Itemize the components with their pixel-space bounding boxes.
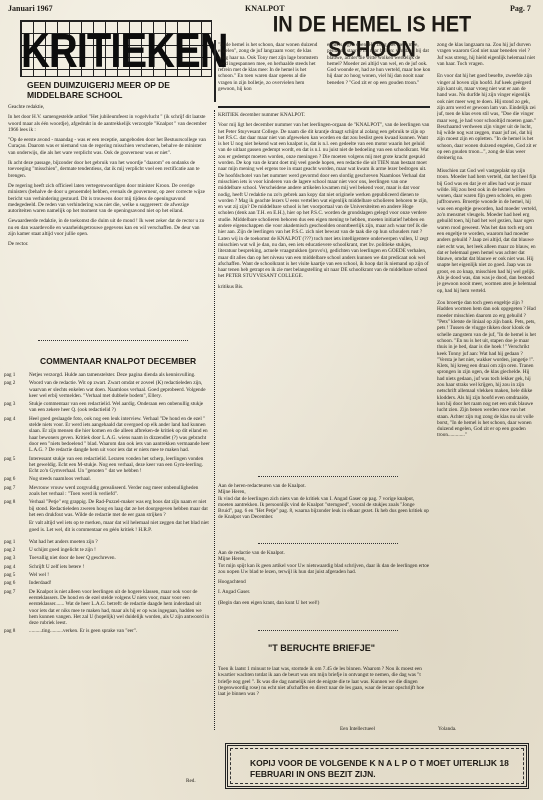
commentaar-entry: pag 4Heel goed geslaagde foto, ook nog e… (4, 416, 210, 454)
rector-paragraph: Gewaardeerde redaktie, in de toekomst di… (8, 218, 208, 237)
kritiek-bis-body: Voor mij ligt het december nummer van he… (218, 122, 430, 279)
commentaar-entry: pag 8Verhaal "Petje" erg grappig. De Rad… (4, 499, 210, 518)
commentaar-title: COMMENTAAR KNALPOT DECEMBER (40, 356, 196, 366)
commentaar-entry: pag 7De Knalpot is niet alleen voor leer… (4, 589, 210, 627)
commentaar-entry: pag 4Schrijft U zelf iets betere ! (4, 564, 210, 570)
commentaar-entry: pag 2U schijnt goed ingelicht te zijn ! (4, 547, 210, 553)
commentaar-entry: pag 1Wat had het anders moeten zijn ? (4, 539, 210, 545)
commentaar-entry: pag 5Wel wel ! (4, 572, 210, 578)
entry-text: Schrijft U zelf iets betere ! (29, 564, 210, 570)
page-number: Pag. 7 (510, 4, 531, 13)
page-label: pag 4 (4, 564, 29, 570)
page-label: pag 7 (4, 589, 29, 627)
page-label: pag 1 (4, 539, 29, 545)
publication-name: KNALPOT (245, 4, 285, 13)
commentaar-entry: pag 6Nog steeds naamloos verhaal. (4, 476, 210, 482)
hemel-column-3: zong de klas langzaam na. Zou hij juf du… (437, 42, 537, 722)
commentaar-entry: pag 5Interessant stukje van een redactie… (4, 456, 210, 475)
rector-paragraph: Ik acht deze passage, bijzonder door het… (8, 160, 208, 179)
deadline-notice-box: KOPIJ VOOR DE VOLGENDE K N A L P O T MOE… (225, 743, 529, 789)
entry-text: Toevallig niet door de heer Q geschreven… (29, 555, 210, 561)
page-label: pag 2 (4, 380, 29, 399)
letter-1: Aan de heren-redacteuren van de Knalpot.… (218, 483, 430, 521)
entry-text: Wel wel ! (29, 572, 210, 578)
letter-2-body: Tot mijn spijt kan ik geen artikel voor … (218, 563, 430, 576)
kritiek-bis-heading: KRITIEK december nummer KNALPOT. (218, 112, 430, 118)
editor-reply: (Begin dan een eigen krant, dan kunt U h… (218, 600, 430, 606)
entry-text: Netjes verzorgd. Hulde aan tamenstelster… (29, 372, 210, 378)
page-label: pag 5 (4, 456, 29, 475)
commentaar-entry: pag 3Stukje commentaar van een redactiel… (4, 401, 210, 414)
beruchte-body: Toen ik laatst 1 minuut te laat was, sto… (218, 666, 430, 697)
kritieken-grid-box: KRITIEKEN (20, 20, 212, 77)
commentaar-entry: pag 8..........ting..........verken. Er … (4, 628, 210, 634)
kritieken-title: KRITIEKEN (21, 26, 211, 76)
deadline-notice-text: KOPIJ VOOR DE VOLGENDE K N A L P O T MOE… (250, 758, 526, 779)
beruchte-title: "T BERUCHTE BRIEFJE" (268, 643, 375, 653)
page-label: pag 6 (4, 476, 29, 482)
commentaar-list: pag 1Netjes verzorgd. Hulde aan tamenste… (4, 372, 210, 637)
commentaar-entry: pag 7Mevrouw vrouw werd zorgvuldig gerea… (4, 485, 210, 498)
entry-text: ..........ting..........verken. Er is ge… (29, 628, 210, 634)
entry-text: Er valt altijd wel iets op te merken, ma… (29, 520, 210, 533)
letter-2: Aan de redactie van de Knalpot. Mijne He… (218, 550, 430, 610)
column-rule-dotted (214, 110, 215, 730)
column-rule (214, 40, 216, 102)
page-label: pag 1 (4, 372, 29, 378)
page-label: pag 8 (4, 499, 29, 518)
page-label: pag 3 (4, 401, 29, 414)
page-label (4, 520, 29, 533)
entry-text: Inderdaad! (29, 580, 210, 586)
commentaar-signature: Red. (186, 778, 196, 784)
rector-paragraph: In het door H.V. samengestelde artikel "… (8, 114, 208, 133)
entry-text: Woord van de redactie. Wit op zwart. Zwa… (29, 380, 210, 399)
commentaar-entry: pag 6Inderdaad! (4, 580, 210, 586)
rector-letter: Geachte redaktie, In het door H.V. samen… (8, 104, 208, 252)
kritieken-subtitle: GEEN DUIMZUIGERIJ MEER OP DE MIDDELBARE … (27, 80, 217, 100)
kritiek-bis-signature: kritikus Bis. (218, 284, 430, 290)
entry-text: De Knalpot is niet alleen voor leerlinge… (29, 589, 210, 627)
commentaar-entry: pag 3Toevallig niet door de heer Q gesch… (4, 555, 210, 561)
hemel-signature: Yolanda. (438, 726, 456, 732)
letter-2-signature: I. Angad Gaser. (218, 589, 430, 595)
entry-text: Heel goed geslaagde foto, ook nog een le… (29, 416, 210, 454)
entry-text: Mevrouw vrouw werd zorgvuldig gerealisee… (29, 485, 210, 498)
letter-2-closing: Hoogachtend (218, 579, 430, 585)
commentaar-entry: pag 2Woord van de redactie. Wit op zwart… (4, 380, 210, 399)
hemel-column-2: er niets tegen doen. Hij zong niet meer … (327, 42, 432, 104)
page-label: pag 4 (4, 416, 29, 454)
entry-text: Interessant stukje van een redactielid. … (29, 456, 210, 475)
page-label: pag 5 (4, 572, 29, 578)
kritiek-bis-article: KRITIEK december nummer KNALPOT. Voor mi… (218, 112, 430, 294)
commentaar-entry: pag 1Netjes verzorgd. Hulde aan tamenste… (4, 372, 210, 378)
page-label: pag 7 (4, 485, 29, 498)
rector-paragraph: "Op de eerste avond - maandag - was er e… (8, 137, 208, 156)
entry-text: U schijnt goed ingelicht te zijn ! (29, 547, 210, 553)
letter-1-body: Ik vind dat de leerlingen zich niets van… (218, 496, 430, 521)
issue-date: Januari 1967 (8, 4, 53, 13)
commentaar-entry: Er valt altijd wel iets op te merken, ma… (4, 520, 210, 533)
rector-signature: De rector. (8, 241, 208, 247)
section-rule (218, 106, 430, 108)
page-label: pag 3 (4, 555, 29, 561)
beruchte-signature: Een Intellectueel (340, 726, 375, 732)
page-label: pag 6 (4, 580, 29, 586)
entry-text: Stukje commentaar van een redactielid. W… (29, 401, 210, 414)
rector-paragraph: De regering heeft zich officieel laten v… (8, 183, 208, 214)
divider (258, 543, 398, 544)
entry-text: Wat had het anders moeten zijn ? (29, 539, 210, 545)
entry-text: Verhaal "Petje" erg grappig. De Rad-Puzz… (29, 499, 210, 518)
divider (258, 630, 398, 631)
hemel-column-1: "In de hemel is het schoon, daar wonen d… (218, 42, 320, 104)
page-label: pag 2 (4, 547, 29, 553)
divider (38, 340, 188, 341)
rector-salutation: Geachte redaktie, (8, 104, 208, 110)
divider (258, 476, 398, 477)
page-label: pag 8 (4, 628, 29, 634)
entry-text: Nog steeds naamloos verhaal. (29, 476, 210, 482)
